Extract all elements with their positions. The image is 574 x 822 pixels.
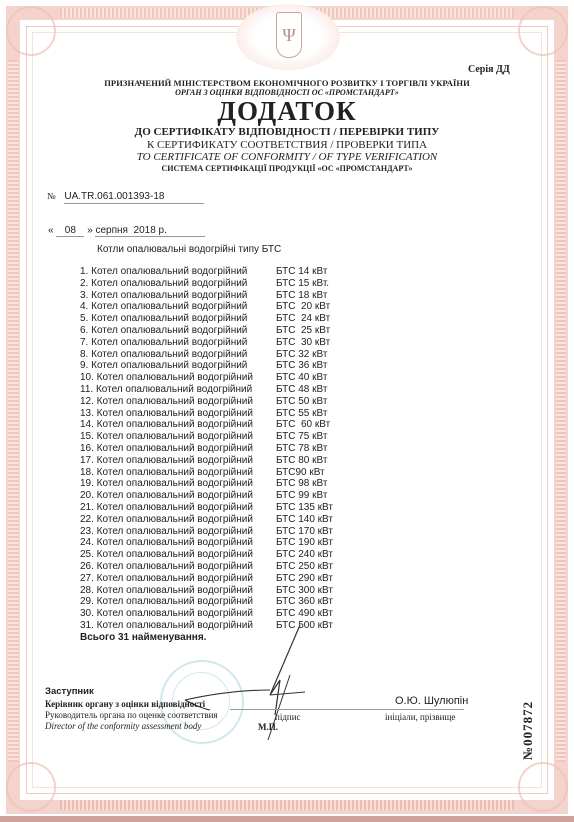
item-model: БТС 75 кВт [276, 431, 327, 443]
item-description: 9. Котел опалювальний водогрійний [80, 360, 247, 372]
item-model: БТС 78 кВт [276, 443, 327, 455]
list-item: 6. Котел опалювальний водогрійнийБТС 25 … [80, 325, 253, 337]
item-description: 2. Котел опалювальний водогрійний [80, 278, 247, 290]
list-item: 23. Котел опалювальний водогрійнийБТС 17… [80, 526, 253, 538]
item-model: БТС 55 кВт [276, 408, 327, 420]
signature-label: підпис [275, 712, 301, 722]
list-item: 27. Котел опалювальний водогрійнийБТС 29… [80, 573, 253, 585]
list-item: 1. Котел опалювальний водогрійнийБТС 14 … [80, 266, 253, 278]
item-model: БТС 170 кВт [276, 526, 333, 538]
signatory-role-uk: Керівник органу з оцінки відповідності [45, 699, 205, 709]
signatory-role-ru: Руководитель органа по оценке соответств… [45, 710, 218, 720]
certificate-date: « 08 » серпня 2018 р. [48, 225, 205, 237]
page-bottom-edge [0, 816, 574, 822]
item-description: 25. Котел опалювальний водогрійний [80, 549, 253, 561]
item-model: БТС 25 кВт [276, 325, 330, 337]
list-item: 21. Котел опалювальний водогрійнийБТС 13… [80, 502, 253, 514]
signatory-role-en: Director of the conformity assessment bo… [45, 721, 201, 731]
item-model: БТС 290 кВт [276, 573, 333, 585]
item-model: БТС 99 кВт [276, 490, 327, 502]
list-item: 25. Котел опалювальний водогрійнийБТС 24… [80, 549, 253, 561]
list-item: 8. Котел опалювальний водогрійнийБТС 32 … [80, 349, 253, 361]
list-item: 17. Котел опалювальний водогрійнийБТС 80… [80, 455, 253, 467]
item-description: 11. Котел опалювальний водогрійний [80, 384, 252, 396]
item-description: 23. Котел опалювальний водогрійний [80, 526, 253, 538]
item-description: 18. Котел опалювальний водогрійний [80, 467, 253, 479]
list-item: 9. Котел опалювальний водогрійнийБТС 36 … [80, 360, 253, 372]
subtitle-ru: К СЕРТИФИКАТУ СООТВЕТСТВИЯ / ПРОВЕРКИ ТИ… [40, 139, 534, 151]
item-description: 3. Котел опалювальний водогрійний [80, 290, 247, 302]
product-list: 1. Котел опалювальний водогрійнийБТС 14 … [80, 266, 253, 632]
item-description: 30. Котел опалювальний водогрійний [80, 608, 253, 620]
document-title: ДОДАТОК [40, 97, 534, 125]
item-model: БТС 135 кВт [276, 502, 333, 514]
border-ornament-left [8, 60, 18, 762]
item-description: 14. Котел опалювальний водогрійний [80, 419, 253, 431]
list-item: 2. Котел опалювальний водогрійнийБТС 15 … [80, 278, 253, 290]
list-item: 15. Котел опалювальний водогрійнийБТС 75… [80, 431, 253, 443]
item-description: 16. Котел опалювальний водогрійний [80, 443, 253, 455]
item-description: 1. Котел опалювальний водогрійний [80, 266, 247, 278]
list-item: 12. Котел опалювальний водогрійнийБТС 50… [80, 396, 253, 408]
border-ornament-bottom [60, 800, 514, 810]
item-model: БТС 80 кВт [276, 455, 327, 467]
name-label: ініціали, прізвище [385, 712, 455, 722]
item-model: БТС 60 кВт [276, 419, 330, 431]
item-model: БТС 32 кВт [276, 349, 327, 361]
appointed-by: ПРИЗНАЧЕНИЙ МІНІСТЕРСТВОМ ЕКОНОМІЧНОГО Р… [40, 78, 534, 88]
date-open-quote: « [48, 225, 54, 236]
form-serial-number: №007872 [520, 701, 536, 760]
item-model: БТС 36 кВт [276, 360, 327, 372]
date-month-year: серпня 2018 р. [95, 225, 205, 237]
item-model: БТС 40 кВт [276, 372, 327, 384]
list-item: 29. Котел опалювальний водогрійнийБТС 36… [80, 596, 253, 608]
item-description: 4. Котел опалювальний водогрійний [80, 301, 247, 313]
list-item: 22. Котел опалювальний водогрійнийБТС 14… [80, 514, 253, 526]
item-model: БТС90 кВт [276, 467, 325, 479]
list-item: 19. Котел опалювальний водогрійнийБТС 98… [80, 478, 253, 490]
number-sign: № [47, 191, 56, 201]
item-description: 24. Котел опалювальний водогрійний [80, 537, 253, 549]
corner-ornament-tr [518, 6, 568, 56]
corner-ornament-tl [6, 6, 56, 56]
item-model: БТС 250 кВт [276, 561, 333, 573]
item-description: 20. Котел опалювальний водогрійний [80, 490, 253, 502]
list-item: 13. Котел опалювальний водогрійнийБТС 55… [80, 408, 253, 420]
border-ornament-right [556, 60, 566, 762]
item-description: 10. Котел опалювальний водогрійний [80, 372, 253, 384]
list-item: 4. Котел опалювальний водогрійнийБТС 20 … [80, 301, 253, 313]
list-item: 18. Котел опалювальний водогрійнийБТС90 … [80, 467, 253, 479]
item-description: 29. Котел опалювальний водогрійний [80, 596, 253, 608]
series-label: Серія ДД [468, 64, 510, 75]
item-model: БТС 20 кВт [276, 301, 330, 313]
certification-system: СИСТЕМА СЕРТИФІКАЦІЇ ПРОДУКЦІЇ «ОС «ПРОМ… [40, 164, 534, 173]
signatory-deputy: Заступник [45, 686, 94, 697]
list-item: 30. Котел опалювальний водогрійнийБТС 49… [80, 608, 253, 620]
item-description: 6. Котел опалювальний водогрійний [80, 325, 247, 337]
list-item: 20. Котел опалювальний водогрійнийБТС 99… [80, 490, 253, 502]
list-item: 24. Котел опалювальний водогрійнийБТС 19… [80, 537, 253, 549]
date-close-quote: » [87, 225, 93, 236]
list-item: 7. Котел опалювальний водогрійнийБТС 30 … [80, 337, 253, 349]
list-item: 3. Котел опалювальний водогрійнийБТС 18 … [80, 290, 253, 302]
signature-line [230, 709, 464, 710]
item-model: БТС 140 кВт [276, 514, 333, 526]
item-description: 15. Котел опалювальний водогрійний [80, 431, 253, 443]
item-model: БТС 14 кВт [276, 266, 327, 278]
list-item: 26. Котел опалювальний водогрійнийБТС 25… [80, 561, 253, 573]
item-description: 27. Котел опалювальний водогрійний [80, 573, 253, 585]
list-item: 10. Котел опалювальний водогрійнийБТС 40… [80, 372, 253, 384]
item-description: 21. Котел опалювальний водогрійний [80, 502, 253, 514]
item-model: БТС 15 кВт. [276, 278, 329, 290]
item-model: БТС 30 кВт [276, 337, 330, 349]
subtitle-uk: ДО СЕРТИФІКАТУ ВІДПОВІДНОСТІ / ПЕРЕВІРКИ… [40, 126, 534, 138]
item-model: БТС 98 кВт [276, 478, 327, 490]
item-description: 8. Котел опалювальний водогрійний [80, 349, 247, 361]
product-subject: Котли опалювальні водогрійні типу БТС [97, 244, 281, 255]
item-model: БТС 18 кВт [276, 290, 327, 302]
date-year: 2018 р. [134, 225, 167, 236]
item-model: БТС 300 кВт [276, 585, 333, 597]
list-item: 16. Котел опалювальний водогрійнийБТС 78… [80, 443, 253, 455]
item-model: БТС 360 кВт [276, 596, 333, 608]
item-description: 22. Котел опалювальний водогрійний [80, 514, 253, 526]
list-item: 5. Котел опалювальний водогрійнийБТС 24 … [80, 313, 253, 325]
certificate-number-value: UA.TR.061.001393-18 [64, 191, 204, 204]
item-description: 5. Котел опалювальний водогрійний [80, 313, 247, 325]
item-description: 26. Котел опалювальний водогрійний [80, 561, 253, 573]
item-description: 28. Котел опалювальний водогрійний [80, 585, 253, 597]
seal-label: М.П. [258, 722, 278, 732]
item-model: БТС 50 кВт [276, 396, 327, 408]
item-model: БТС 490 кВт [276, 608, 333, 620]
item-model: БТС 48 кВт [276, 384, 327, 396]
item-model: БТС 24 кВт [276, 313, 330, 325]
certificate-number: № UA.TR.061.001393-18 [47, 191, 204, 204]
item-description: 7. Котел опалювальний водогрійний [80, 337, 247, 349]
date-month: серпня [95, 225, 127, 236]
list-item: 14. Котел опалювальний водогрійнийБТС 60… [80, 419, 253, 431]
item-description: 17. Котел опалювальний водогрійний [80, 455, 253, 467]
list-item: 11. Котел опалювальний водогрійнийБТС 48… [80, 384, 253, 396]
corner-ornament-bl [6, 762, 56, 812]
date-day: 08 [56, 225, 84, 237]
item-description: 13. Котел опалювальний водогрійний [80, 408, 253, 420]
item-model: БТС 240 кВт [276, 549, 333, 561]
ukraine-trident-icon: Ψ [276, 12, 302, 58]
subtitle-en: TO CERTIFICATE OF CONFORMITY / OF TYPE V… [40, 151, 534, 163]
list-item: 28. Котел опалювальний водогрійнийБТС 30… [80, 585, 253, 597]
item-model: БТС 190 кВт [276, 537, 333, 549]
corner-ornament-br [518, 762, 568, 812]
signatory-name: О.Ю. Шулюпін [395, 695, 468, 707]
item-description: 12. Котел опалювальний водогрійний [80, 396, 253, 408]
item-description: 19. Котел опалювальний водогрійний [80, 478, 253, 490]
